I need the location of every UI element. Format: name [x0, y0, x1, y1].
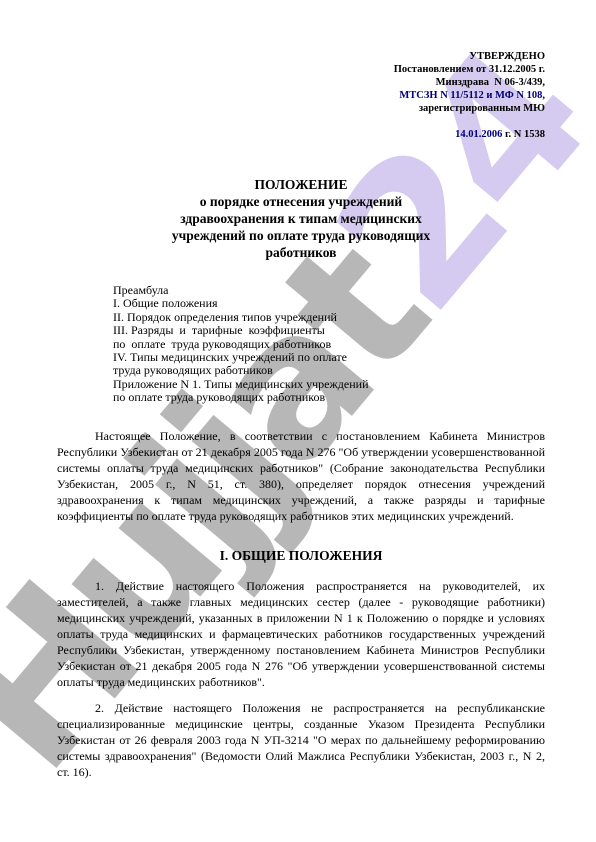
section-1-heading: I. ОБЩИЕ ПОЛОЖЕНИЯ: [57, 548, 545, 564]
toc-line-preamble: Преамбула: [113, 284, 545, 297]
approval-line-registered: зарегистрированным МЮ: [57, 102, 545, 115]
title-line: работников: [57, 244, 545, 261]
registration-number-text: г. N 1538: [502, 129, 545, 140]
section-1-paragraph-2: 2. Действие настоящего Положения не расп…: [57, 700, 545, 780]
approval-line-approved: УТВЕРЖДЕНО: [57, 50, 545, 63]
approval-block: УТВЕРЖДЕНО Постановлением от 31.12.2005 …: [57, 50, 545, 154]
document-page: УТВЕРЖДЕНО Постановлением от 31.12.2005 …: [0, 0, 596, 842]
toc-line-annex-1: Приложение N 1. Типы медицинских учрежде…: [113, 378, 545, 391]
toc-line-section-3: III. Разряды и тарифные коэффициенты: [113, 324, 545, 337]
table-of-contents: Преамбула I. Общие положения II. Порядок…: [113, 284, 545, 405]
title-line: ПОЛОЖЕНИЕ: [57, 176, 545, 193]
section-1-paragraph-1: 1. Действие настоящего Положения распрос…: [57, 578, 545, 690]
toc-line-section-1: I. Общие положения: [113, 297, 545, 310]
toc-line-section-2: II. Порядок определения типов учреждений: [113, 311, 545, 324]
title-line: о порядке отнесения учреждений: [57, 193, 545, 210]
toc-line-section-3-cont: по оплате труда руководящих работников: [113, 338, 545, 351]
approval-line-reg-number: 14.01.2006 г. N 1538: [57, 115, 545, 154]
toc-line-section-4: IV. Типы медицинских учреждений по оплат…: [113, 351, 545, 364]
title-line: учреждений по оплате труда руководящих: [57, 227, 545, 244]
approval-line-mtszn-link[interactable]: МТСЗН N 11/5112 и МФ N 108,: [57, 89, 545, 102]
approval-line-minzdrav: Минздрава N 06-3/439,: [57, 76, 545, 89]
registration-date-link[interactable]: 14.01.2006: [455, 129, 502, 140]
toc-line-annex-1-cont: по оплате труда руководящих работников: [113, 391, 545, 404]
preamble-paragraph: Настоящее Положение, в соответствии с по…: [57, 428, 545, 524]
document-title: ПОЛОЖЕНИЕ о порядке отнесения учреждений…: [57, 176, 545, 261]
toc-line-section-4-cont: труда руководящих работников: [113, 364, 545, 377]
title-line: здравоохранения к типам медицинских: [57, 210, 545, 227]
approval-line-resolution: Постановлением от 31.12.2005 г.: [57, 63, 545, 76]
